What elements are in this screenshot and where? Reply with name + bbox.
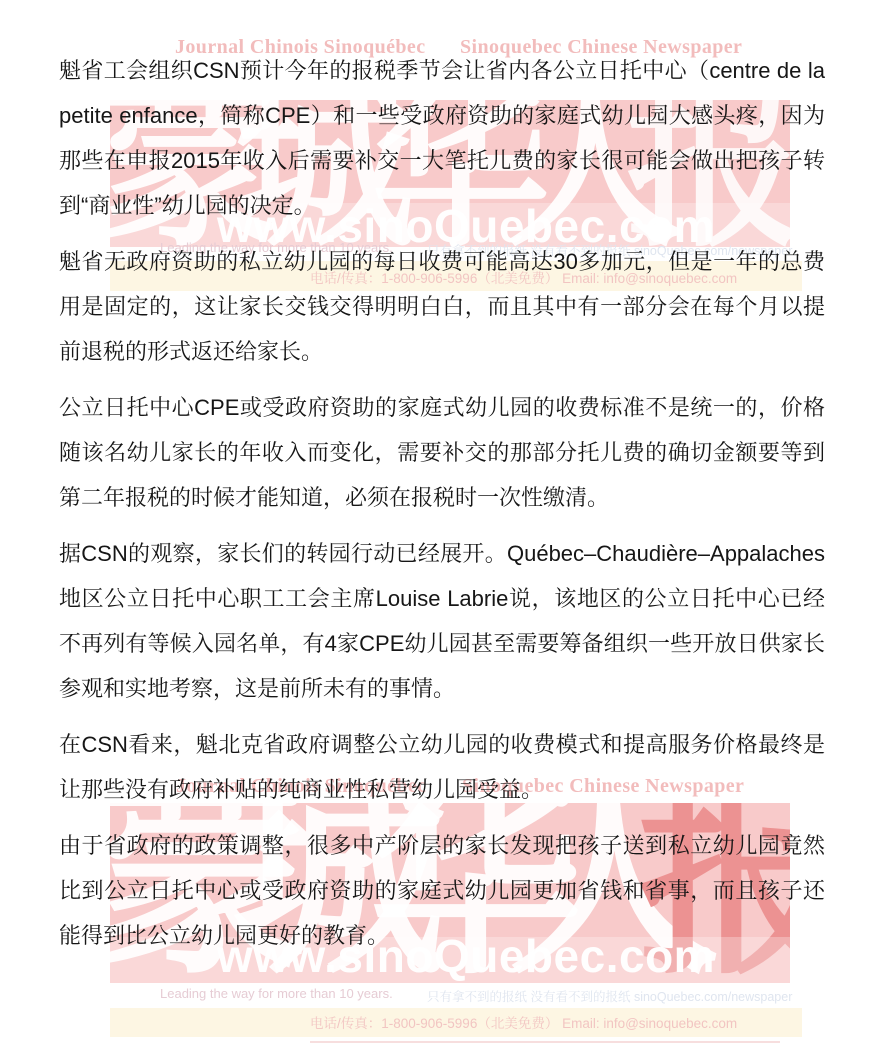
footer-bar [110,1008,802,1037]
article-paragraph: 据CSN的观察，家长们的转园行动已经展开。Québec–Chaudière–Ap… [59,531,825,711]
article-paragraph: 魁省无政府资助的私立幼儿园的每日收费可能高达30多加元，但是一年的总费用是固定的… [59,239,825,374]
article-body: 魁省工会组织CSN预计今年的报税季节会让省内各公立日托中心（centre de … [59,0,825,969]
article-paragraph: 在CSN看来，魁北克省政府调整公立幼儿园的收费模式和提高服务价格最终是让那些没有… [59,722,825,812]
tagline-en: Leading the way for more than 10 years. [160,986,393,1001]
footer-hairline [310,1041,780,1043]
article-paragraph: 魁省工会组织CSN预计今年的报税季节会让省内各公立日托中心（centre de … [59,48,825,228]
article-paragraph: 由于省政府的政策调整，很多中产阶层的家长发现把孩子送到私立幼儿园竟然比到公立日托… [59,823,825,958]
contact-watermark: 电话/传真：1-800-906-5996（北美免费） Email: info@s… [310,1012,737,1032]
newspaper-article-page: Journal Chinois Sinoquébec Sinoquebec Ch… [0,0,882,1047]
tagline-zh: 只有拿不到的报纸 没有看不到的报纸 sinoQuebec.com/newspap… [427,987,792,1005]
article-paragraph: 公立日托中心CPE或受政府资助的家庭式幼儿园的收费标准不是统一的，价格随该名幼儿… [59,385,825,520]
